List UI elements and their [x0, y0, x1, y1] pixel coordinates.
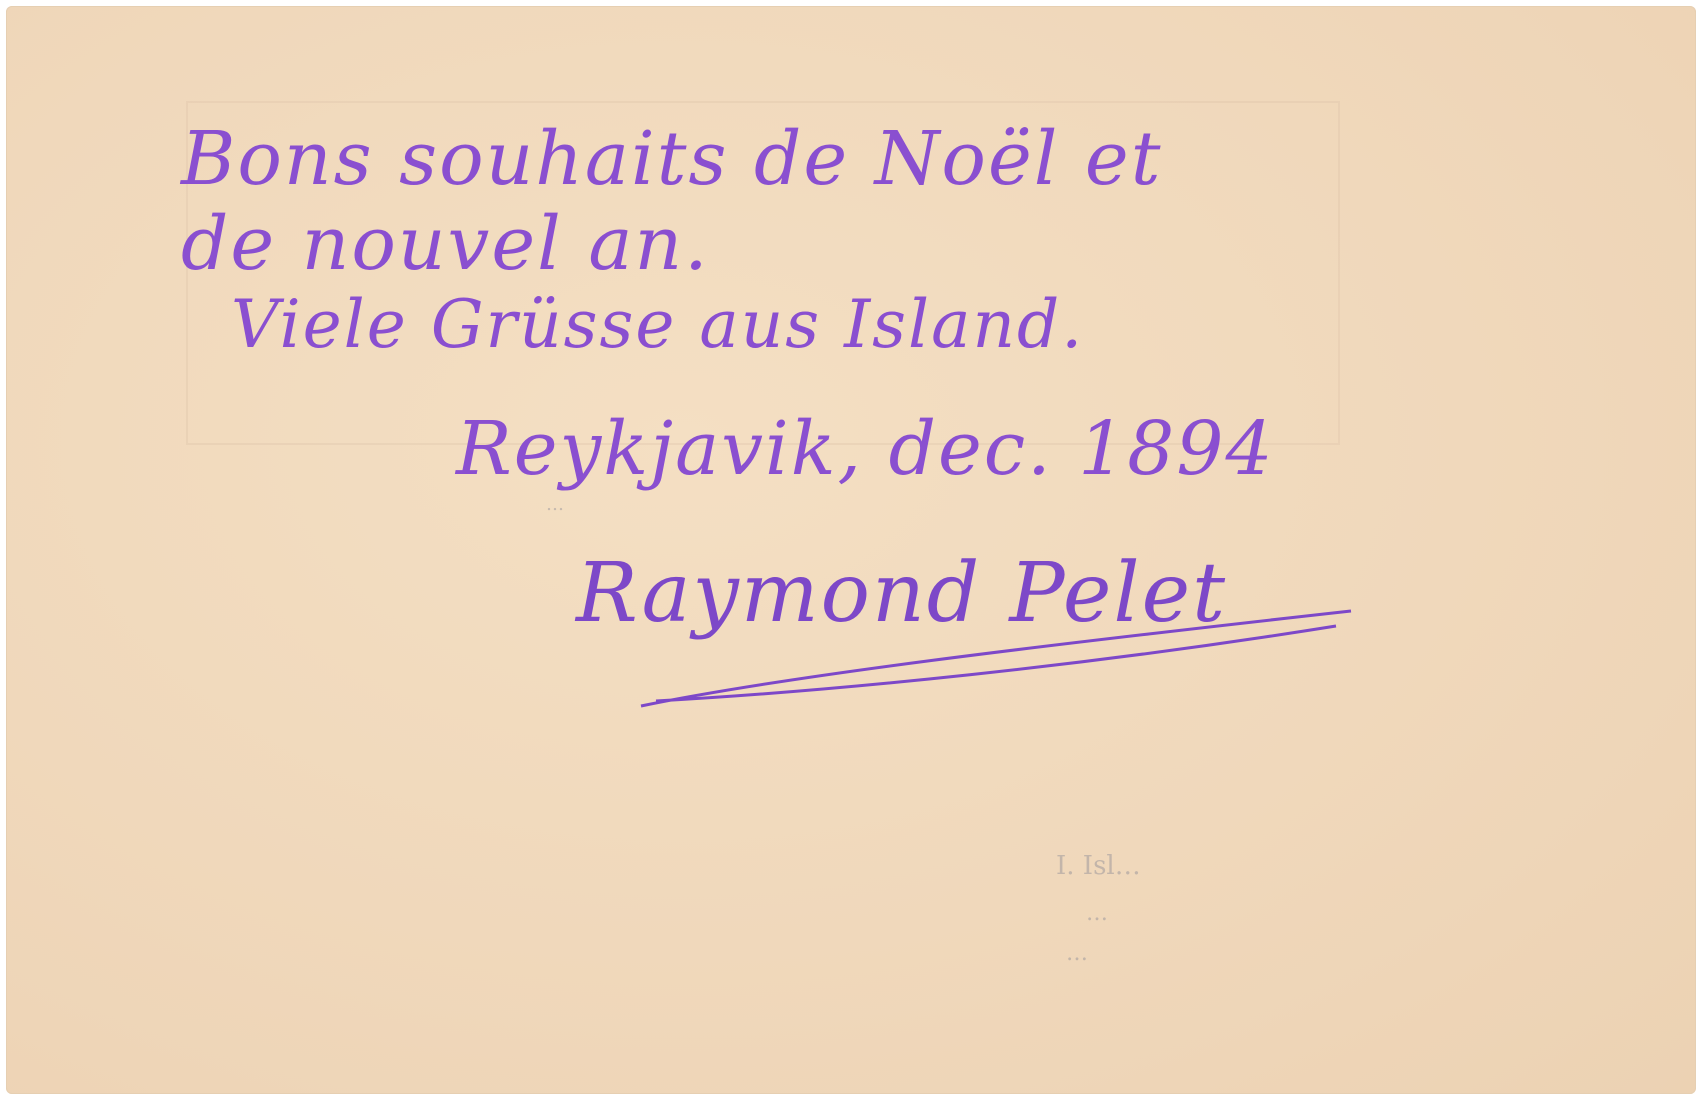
message-line-2: de nouvel an.	[181, 201, 710, 287]
faint-stamp-line-1: I. Isl…	[1056, 851, 1141, 881]
message-line-3: Viele Grüsse aus Island.	[231, 286, 1084, 363]
postcard: Bons souhaits de Noël et de nouvel an. V…	[6, 6, 1696, 1094]
place-date-line: Reykjavik, dec. 1894	[456, 406, 1275, 492]
signature-flourish-icon	[636, 606, 1356, 716]
message-line-1: Bons souhaits de Noël et	[181, 116, 1162, 202]
faint-stamp-line-3: …	[1066, 941, 1088, 966]
faint-stamp-line-2: …	[1086, 901, 1108, 926]
printed-faint-line: …	[546, 494, 565, 515]
